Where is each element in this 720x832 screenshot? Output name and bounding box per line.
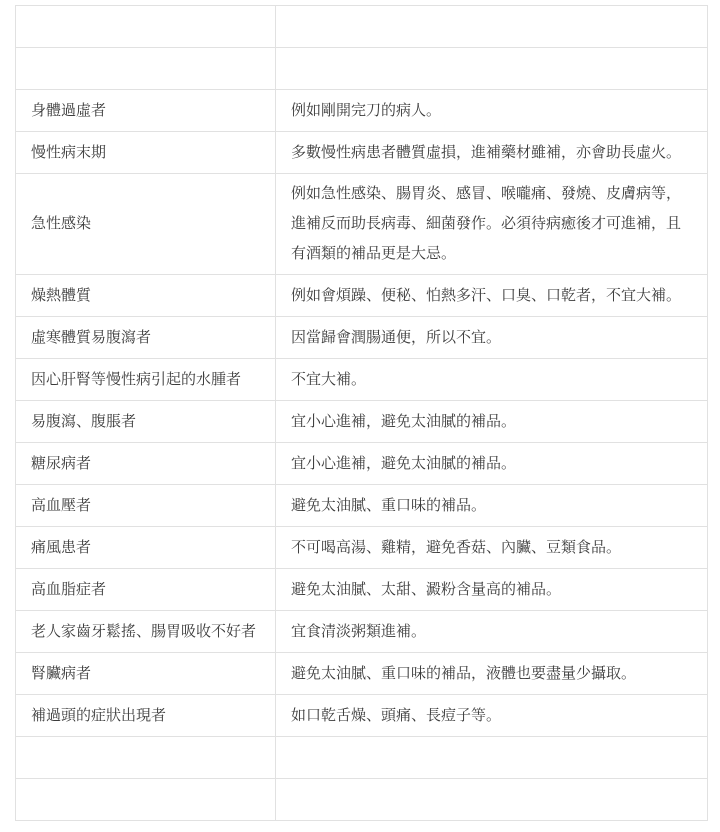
table-container: 身體過虛者 例如剛開完刀的病人。 慢性病末期 多數慢性病患者體質虛損，進補藥材雖… bbox=[15, 5, 707, 821]
table-row: 虛寒體質易腹瀉者 因當歸會潤腸通便，所以不宜。 bbox=[16, 317, 708, 359]
table-row: 高血脂症者 避免太油膩、太甜、澱粉含量高的補品。 bbox=[16, 569, 708, 611]
table-row bbox=[16, 779, 708, 821]
table-row: 補過頭的症狀出現者 如口乾舌燥、頭痛、長痘子等。 bbox=[16, 695, 708, 737]
category-cell: 高血脂症者 bbox=[16, 569, 276, 611]
category-cell bbox=[16, 48, 276, 90]
category-cell: 急性感染 bbox=[16, 174, 276, 275]
category-cell bbox=[16, 737, 276, 779]
description-cell: 不宜大補。 bbox=[276, 359, 708, 401]
description-cell: 因當歸會潤腸通便，所以不宜。 bbox=[276, 317, 708, 359]
table-row: 慢性病末期 多數慢性病患者體質虛損，進補藥材雖補，亦會助長虛火。 bbox=[16, 132, 708, 174]
category-cell bbox=[16, 779, 276, 821]
description-cell: 宜小心進補，避免太油膩的補品。 bbox=[276, 443, 708, 485]
category-cell: 慢性病末期 bbox=[16, 132, 276, 174]
table-row: 痛風患者 不可喝高湯、雞精，避免香菇、內臟、豆類食品。 bbox=[16, 527, 708, 569]
category-cell bbox=[16, 6, 276, 48]
description-cell bbox=[276, 737, 708, 779]
category-cell: 補過頭的症狀出現者 bbox=[16, 695, 276, 737]
description-cell: 如口乾舌燥、頭痛、長痘子等。 bbox=[276, 695, 708, 737]
category-cell: 高血壓者 bbox=[16, 485, 276, 527]
description-cell: 宜食清淡粥類進補。 bbox=[276, 611, 708, 653]
description-cell bbox=[276, 6, 708, 48]
category-cell: 痛風患者 bbox=[16, 527, 276, 569]
category-cell: 因心肝腎等慢性病引起的水腫者 bbox=[16, 359, 276, 401]
table-row bbox=[16, 48, 708, 90]
category-cell: 腎臟病者 bbox=[16, 653, 276, 695]
description-cell: 例如急性感染、腸胃炎、感冒、喉嚨痛、發燒、皮膚病等，進補反而助長病毒、細菌發作。… bbox=[276, 174, 708, 275]
description-cell: 宜小心進補，避免太油膩的補品。 bbox=[276, 401, 708, 443]
description-cell: 多數慢性病患者體質虛損，進補藥材雖補，亦會助長虛火。 bbox=[276, 132, 708, 174]
page: 身體過虛者 例如剛開完刀的病人。 慢性病末期 多數慢性病患者體質虛損，進補藥材雖… bbox=[0, 0, 720, 832]
category-cell: 糖尿病者 bbox=[16, 443, 276, 485]
description-cell: 避免太油膩、太甜、澱粉含量高的補品。 bbox=[276, 569, 708, 611]
category-cell: 身體過虛者 bbox=[16, 90, 276, 132]
description-cell bbox=[276, 48, 708, 90]
category-cell: 虛寒體質易腹瀉者 bbox=[16, 317, 276, 359]
table-row: 燥熱體質 例如會煩躁、便秘、怕熱多汗、口臭、口乾者，不宜大補。 bbox=[16, 275, 708, 317]
table-row: 高血壓者 避免太油膩、重口味的補品。 bbox=[16, 485, 708, 527]
table-row: 身體過虛者 例如剛開完刀的病人。 bbox=[16, 90, 708, 132]
table-row: 老人家齒牙鬆搖、腸胃吸收不好者 宜食清淡粥類進補。 bbox=[16, 611, 708, 653]
description-cell: 例如會煩躁、便秘、怕熱多汗、口臭、口乾者，不宜大補。 bbox=[276, 275, 708, 317]
category-cell: 易腹瀉、腹脹者 bbox=[16, 401, 276, 443]
table-row bbox=[16, 737, 708, 779]
tonic-caution-table: 身體過虛者 例如剛開完刀的病人。 慢性病末期 多數慢性病患者體質虛損，進補藥材雖… bbox=[15, 5, 708, 821]
description-cell bbox=[276, 779, 708, 821]
category-cell: 燥熱體質 bbox=[16, 275, 276, 317]
description-cell: 避免太油膩、重口味的補品。 bbox=[276, 485, 708, 527]
table-body: 身體過虛者 例如剛開完刀的病人。 慢性病末期 多數慢性病患者體質虛損，進補藥材雖… bbox=[16, 6, 708, 821]
table-row: 急性感染 例如急性感染、腸胃炎、感冒、喉嚨痛、發燒、皮膚病等，進補反而助長病毒、… bbox=[16, 174, 708, 275]
description-cell: 例如剛開完刀的病人。 bbox=[276, 90, 708, 132]
description-cell: 不可喝高湯、雞精，避免香菇、內臟、豆類食品。 bbox=[276, 527, 708, 569]
table-row: 糖尿病者 宜小心進補，避免太油膩的補品。 bbox=[16, 443, 708, 485]
table-row: 因心肝腎等慢性病引起的水腫者 不宜大補。 bbox=[16, 359, 708, 401]
table-row: 腎臟病者 避免太油膩、重口味的補品，液體也要盡量少攝取。 bbox=[16, 653, 708, 695]
table-row bbox=[16, 6, 708, 48]
category-cell: 老人家齒牙鬆搖、腸胃吸收不好者 bbox=[16, 611, 276, 653]
description-cell: 避免太油膩、重口味的補品，液體也要盡量少攝取。 bbox=[276, 653, 708, 695]
table-row: 易腹瀉、腹脹者 宜小心進補，避免太油膩的補品。 bbox=[16, 401, 708, 443]
